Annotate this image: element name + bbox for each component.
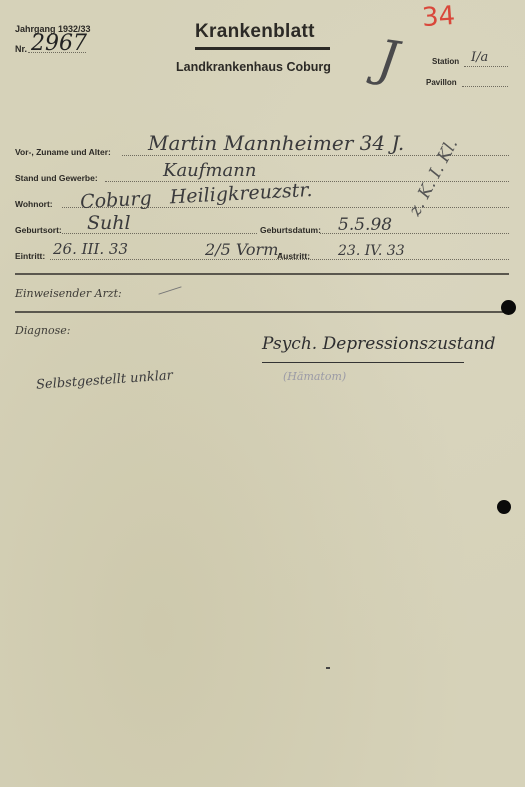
station-dotline bbox=[464, 66, 508, 67]
ink-speck bbox=[326, 667, 330, 669]
nr-dotline bbox=[28, 52, 86, 53]
residence-label: Wohnort: bbox=[15, 199, 53, 209]
separator-referral bbox=[15, 311, 509, 313]
birthdate-label: Geburtsdatum: bbox=[260, 225, 321, 235]
diagnosis-pencil-note: (Hämatom) bbox=[283, 370, 346, 383]
birthplace-value: Suhl bbox=[87, 212, 131, 234]
pavillon-label: Pavillon bbox=[426, 78, 457, 87]
hospital-name: Landkrankenhaus Coburg bbox=[176, 60, 331, 74]
diagnosis-value: Psych. Depressionszustand bbox=[262, 334, 496, 354]
exit-date: 23. IV. 33 bbox=[338, 243, 405, 259]
left-diagnosis-note: Selbstgestellt unklar bbox=[36, 368, 174, 393]
exit-label: Austritt: bbox=[277, 251, 310, 261]
occupation-label: Stand und Gewerbe: bbox=[15, 173, 98, 183]
station-value: I/a bbox=[471, 50, 488, 65]
nr-label: Nr. bbox=[15, 44, 27, 54]
name-label: Vor-, Zuname und Alter: bbox=[15, 147, 111, 157]
diagnosis-underline bbox=[262, 362, 464, 363]
title-underline bbox=[195, 47, 330, 50]
entry-label: Eintritt: bbox=[15, 251, 45, 261]
referral-dash bbox=[158, 286, 181, 294]
diagnosis-label: Diagnose: bbox=[15, 324, 71, 337]
birthdate-value: 5.5.98 bbox=[338, 215, 392, 235]
referral-label: Einweisender Arzt: bbox=[15, 287, 122, 300]
patient-record-sheet: Jahrgang 1932/33 Nr. 2967 Krankenblatt L… bbox=[0, 0, 525, 787]
page-title: Krankenblatt bbox=[195, 21, 315, 43]
punch-hole-top bbox=[501, 300, 516, 315]
initial-mark: J bbox=[374, 29, 402, 89]
birthplace-label: Geburtsort: bbox=[15, 225, 62, 235]
red-case-number: 34 bbox=[421, 1, 456, 33]
entry-time: 2/5 Vorm. bbox=[205, 240, 283, 259]
station-label: Station bbox=[432, 57, 459, 66]
entry-date: 26. III. 33 bbox=[53, 240, 128, 258]
separator-top bbox=[15, 273, 509, 275]
occupation-value: Kaufmann bbox=[163, 160, 256, 181]
name-value: Martin Mannheimer 34 J. bbox=[148, 131, 404, 155]
punch-hole-bottom bbox=[497, 500, 511, 514]
pavillon-dotline bbox=[462, 86, 508, 87]
